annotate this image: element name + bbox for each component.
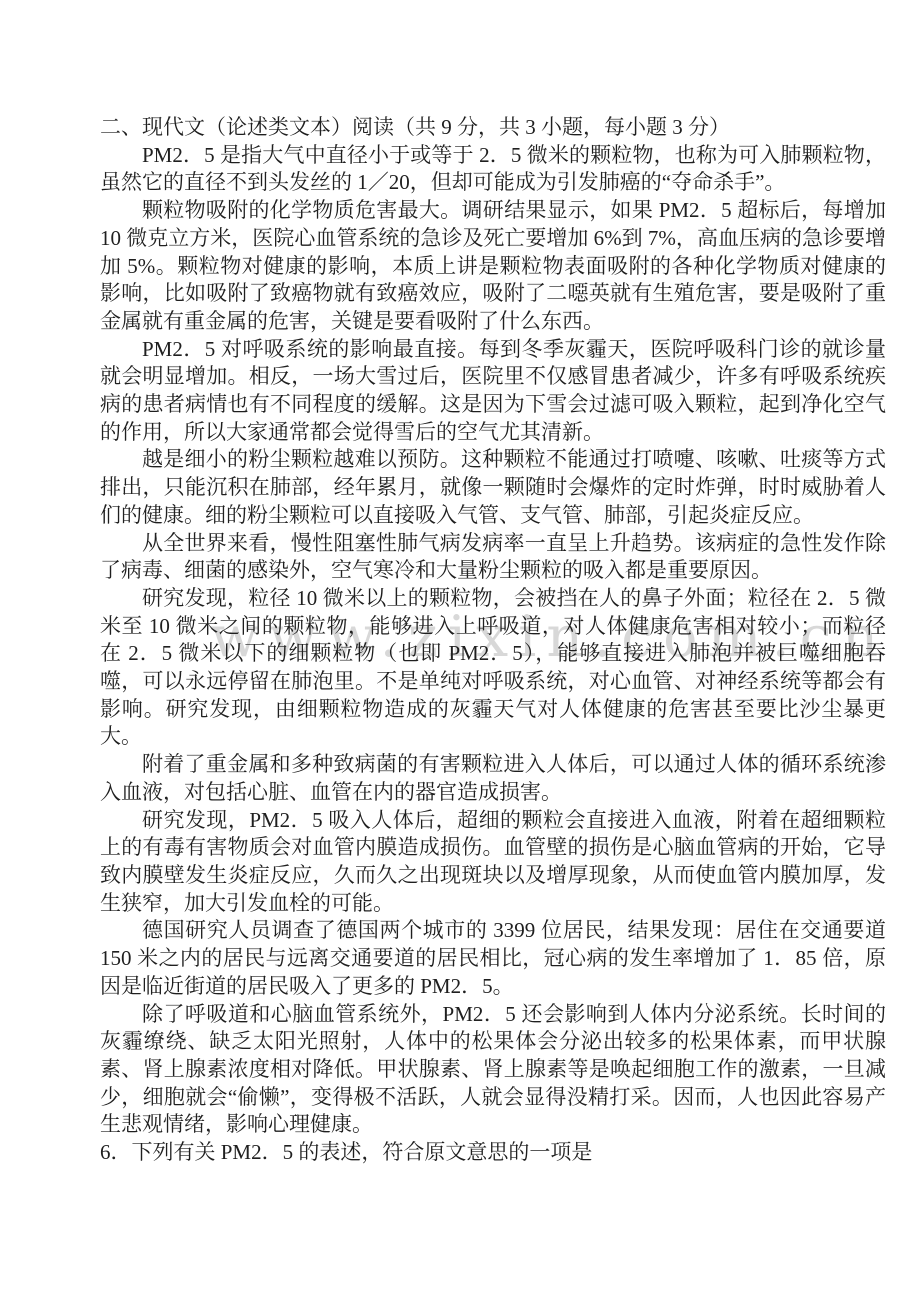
paragraph-10: 除了呼吸道和心脑血管系统外，PM2．5 还会影响到人体内分泌系统。长时间的灰霾缭… bbox=[100, 1001, 886, 1140]
section-heading: 二、现代文（论述类文本）阅读（共 9 分，共 3 小题，每小题 3 分） bbox=[100, 114, 886, 142]
paragraph-7: 附着了重金属和多种致病菌的有害颗粒进入人体后，可以通过人体的循环系统渗入血液，对… bbox=[100, 751, 886, 806]
paragraph-3: PM2．5 对呼吸系统的影响最直接。每到冬季灰霾天，医院呼吸科门诊的就诊量就会明… bbox=[100, 336, 886, 447]
paragraph-1: PM2．5 是指大气中直径小于或等于 2．5 微米的颗粒物，也称为可入肺颗粒物，… bbox=[100, 142, 886, 197]
document-page: www.zixin.com.cn 二、现代文（论述类文本）阅读（共 9 分，共 … bbox=[0, 0, 920, 1302]
paragraph-4: 越是细小的粉尘颗粒越难以预防。这种颗粒不能通过打喷嚏、咳嗽、吐痰等方式排出，只能… bbox=[100, 446, 886, 529]
paragraph-8: 研究发现，PM2．5 吸入人体后，超细的颗粒会直接进入血液，附着在超细颗粒上的有… bbox=[100, 807, 886, 918]
document-content: 二、现代文（论述类文本）阅读（共 9 分，共 3 小题，每小题 3 分） PM2… bbox=[100, 114, 886, 1167]
paragraph-9: 德国研究人员调查了德国两个城市的 3399 位居民，结果发现：居住在交通要道 1… bbox=[100, 917, 886, 1000]
paragraph-6: 研究发现，粒径 10 微米以上的颗粒物，会被挡在人的鼻子外面；粒径在 2．5 微… bbox=[100, 585, 886, 751]
question-6-stem: 6．下列有关 PM2．5 的表述，符合原文意思的一项是 bbox=[100, 1139, 886, 1167]
paragraph-5: 从全世界来看，慢性阻塞性肺气病发病率一直呈上升趋势。该病症的急性发作除了病毒、细… bbox=[100, 530, 886, 585]
paragraph-2: 颗粒物吸附的化学物质危害最大。调研结果显示，如果 PM2．5 超标后，每增加 1… bbox=[100, 197, 886, 336]
